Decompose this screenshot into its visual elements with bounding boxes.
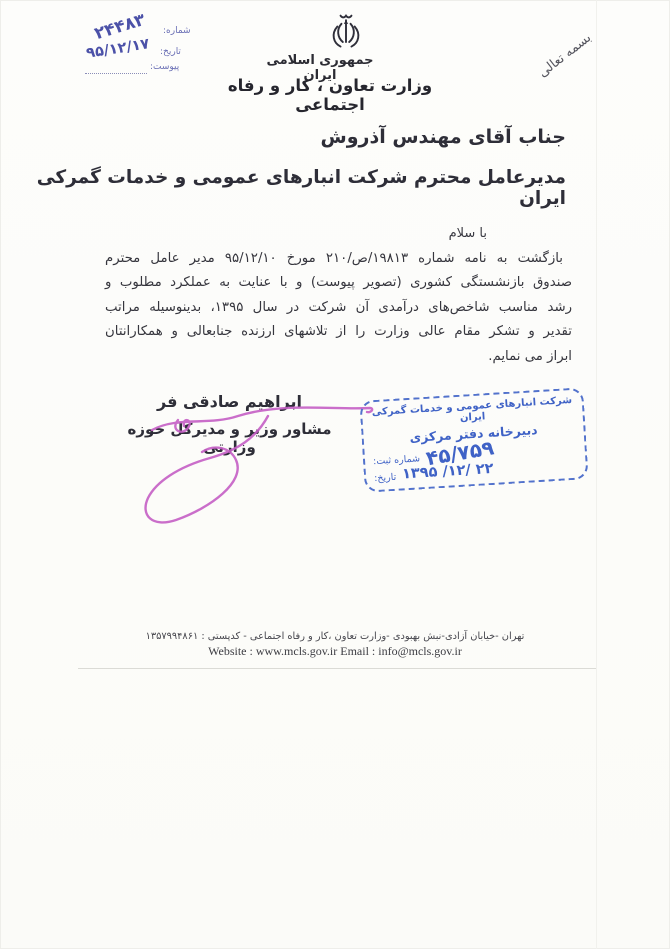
registry-stamp: شرکت انبارهای عمومی و خدمات گمرکی ایران … [362,394,586,486]
ref-date-handwritten: ۹۵/۱۲/۱۷ [85,36,150,62]
footer-web-email: Website : www.mcls.gov.ir Email : info@m… [0,644,670,659]
stamp-date-label: تاریخ: [374,472,397,484]
recipient-title-line: مدیرعامل محترم شرکت انبارهای عمومی و خدم… [0,167,566,209]
body-line: تقدیر و تشکر مقام عالی وزارت را از تلاشه… [105,320,572,344]
body-line: ابراز می نمایم. [105,345,572,369]
scanned-letter-page: جمهوری اسلامی ایران وزارت تعاون ، کار و … [0,0,670,949]
ref-attachment-label: پیوست: [150,62,179,72]
body-line: بازگشت به نامه شماره ۱۹۸۱۳/ص/۲۱۰ مورخ ۹۵… [105,247,572,271]
ref-date-label: تاریخ: [160,47,181,57]
recipient-name-line: جناب آقای مهندس آذروش [320,126,566,148]
ref-attachment-blank-line [85,72,147,74]
body-line: رشد مناسب شاخص‌های درآمدی آن شرکت در سال… [105,296,572,320]
footer-address: تهران -خیابان آزادی-نبش بهبودی -وزارت تع… [0,631,670,642]
header-ministry-title: وزارت تعاون ، کار و رفاه اجتماعی [200,76,460,114]
footer-divider-line [78,668,596,669]
ref-number-label: شماره: [163,26,191,36]
body-line: صندوق بازنشستگی کشوری (تصویر پیوست) و با… [105,271,572,295]
besmellah-text: بسمه تعالی [533,28,597,83]
iran-national-emblem-icon [327,12,365,52]
salutation-text: با سلام [449,226,487,241]
handwritten-signature-icon [118,386,378,536]
letter-body: بازگشت به نامه شماره ۱۹۸۱۳/ص/۲۱۰ مورخ ۹۵… [105,247,572,369]
scan-crease-line [596,0,597,949]
